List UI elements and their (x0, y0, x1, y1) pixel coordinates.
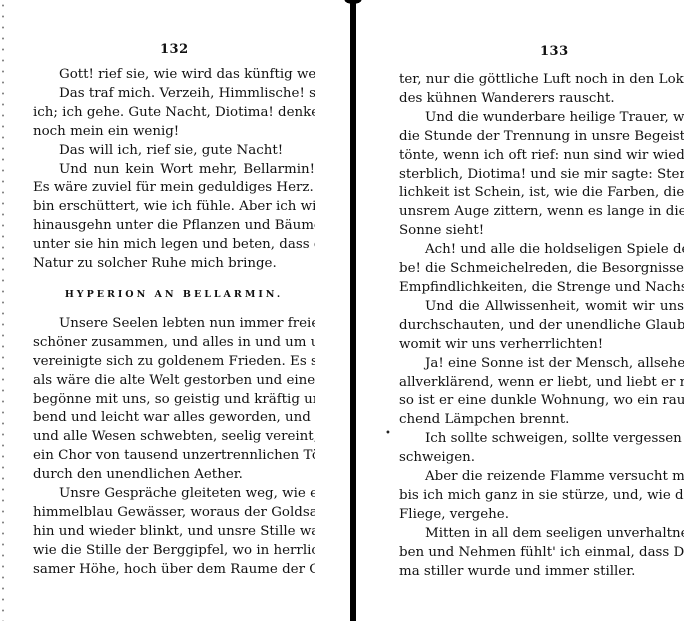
text-line: die Stunde der Trennung in unsre Begeist… (399, 128, 684, 147)
text-line: und alle Wesen schwebten, seelig vereint… (33, 428, 315, 447)
text-line: Und die Allwissenheit, womit wir uns (399, 298, 684, 317)
text-line: durch den unendlichen Aether. (33, 466, 315, 485)
text-line: Unsre Gespräche gleiteten weg, wie ein (33, 485, 315, 504)
text-line: samer Höhe, hoch über dem Raume der Gewi… (33, 561, 315, 580)
text-line: Es wäre zuviel für mein geduldiges Herz.… (33, 179, 315, 198)
text-line: ma stiller wurde und immer stiller. (399, 563, 684, 582)
text-line: des kühnen Wanderers rauscht. (399, 90, 684, 109)
text-line: schweigen. (399, 449, 684, 468)
text-line: hinausgehn unter die Pflanzen und Bäume,… (33, 217, 315, 236)
right-page-text: ter, nur die göttliche Luft noch in den … (399, 71, 684, 581)
text-line: ich; ich gehe. Gute Nacht, Diotima! denk… (33, 104, 315, 123)
right-page: 133 ter, nur die göttliche Luft noch in … (352, 0, 698, 621)
text-line: be! die Schmeichelreden, die Besorgnisse… (399, 260, 684, 279)
text-line: wie die Stille der Berggipfel, wo in her… (33, 542, 315, 561)
margin-mark: • (385, 428, 391, 439)
text-line: ein Chor von tausend unzertrennlichen Tö… (33, 447, 315, 466)
left-paragraphs-before-heading: Gott! rief sie, wie wird das künftig wer… (33, 66, 315, 274)
left-paragraphs-after-heading: Unsere Seelen lebten nun immer freier un… (33, 315, 315, 580)
text-line: so ist er eine dunkle Wohnung, wo ein ra… (399, 392, 684, 411)
text-line: Sonne sieht! (399, 222, 684, 241)
text-line: Natur zu solcher Ruhe mich bringe. (33, 255, 315, 274)
text-line: hin und wieder blinkt, und unsre Stille … (33, 523, 315, 542)
text-line: vereinigte sich zu goldenem Frieden. Es … (33, 353, 315, 372)
left-page: 132 Gott! rief sie, wie wird das künftig… (0, 0, 345, 621)
text-line: Und nun kein Wort mehr, Bellarmin! (33, 161, 315, 180)
text-line: noch mein ein wenig! (33, 123, 315, 142)
text-line: begönne mit uns, so geistig und kräftig … (33, 391, 315, 410)
text-line: Empfindlichkeiten, die Strenge und Nachs… (399, 279, 684, 298)
text-line: ben und Nehmen fühlt' ich einmal, dass D… (399, 544, 684, 563)
text-line: Mitten in all dem seeligen unverhaltnen … (399, 525, 684, 544)
text-line: Fliege, vergehe. (399, 506, 684, 525)
text-line: durchschauten, und der unendliche Glaube… (399, 317, 684, 336)
text-line: unsrem Auge zittern, wenn es lange in di… (399, 203, 684, 222)
text-line: chend Lämpchen brennt. (399, 411, 684, 430)
text-line: Das will ich, rief sie, gute Nacht! (33, 142, 315, 161)
text-line: Und die wunderbare heilige Trauer, wann (399, 109, 684, 128)
right-paragraphs: ter, nur die göttliche Luft noch in den … (399, 71, 684, 581)
text-line: lichkeit ist Schein, ist, wie die Farben… (399, 184, 684, 203)
text-line: bend und leicht war alles geworden, und … (33, 409, 315, 428)
left-page-text: Gott! rief sie, wie wird das künftig wer… (33, 66, 315, 580)
text-line: tönte, wenn ich oft rief: nun sind wir w… (399, 147, 684, 166)
text-line: bin erschüttert, wie ich fühle. Aber ich… (33, 198, 315, 217)
text-line: Ach! und alle die holdseligen Spiele der… (399, 241, 684, 260)
text-line: als wäre die alte Welt gestorben und ein… (33, 372, 315, 391)
text-line: ter, nur die göttliche Luft noch in den … (399, 71, 684, 90)
text-line: Unsere Seelen lebten nun immer freier un… (33, 315, 315, 334)
text-line: unter sie hin mich legen und beten, dass… (33, 236, 315, 255)
text-line: bis ich mich ganz in sie stürze, und, wi… (399, 487, 684, 506)
text-line: sterblich, Diotima! und sie mir sagte: S… (399, 166, 684, 185)
letter-heading: HYPERION AN BELLARMIN. (33, 286, 315, 305)
text-line: himmelblau Gewässer, woraus der Goldsand (33, 504, 315, 523)
text-line: womit wir uns verherrlichten! (399, 336, 684, 355)
text-line: Ja! eine Sonne ist der Mensch, allsehend… (399, 355, 684, 374)
text-line: Gott! rief sie, wie wird das künftig wer… (33, 66, 315, 85)
text-line: Aber die reizende Flamme versucht mich, (399, 468, 684, 487)
text-line: allverklärend, wenn er liebt, und liebt … (399, 374, 684, 393)
page-number-right: 133 (540, 44, 569, 59)
text-line: Das traf mich. Verzeih, Himmlische! sagt… (33, 85, 315, 104)
text-line: schöner zusammen, und alles in und um un… (33, 334, 315, 353)
text-line: Ich sollte schweigen, sollte vergessen u… (399, 430, 684, 449)
page-number-left: 132 (160, 42, 189, 57)
